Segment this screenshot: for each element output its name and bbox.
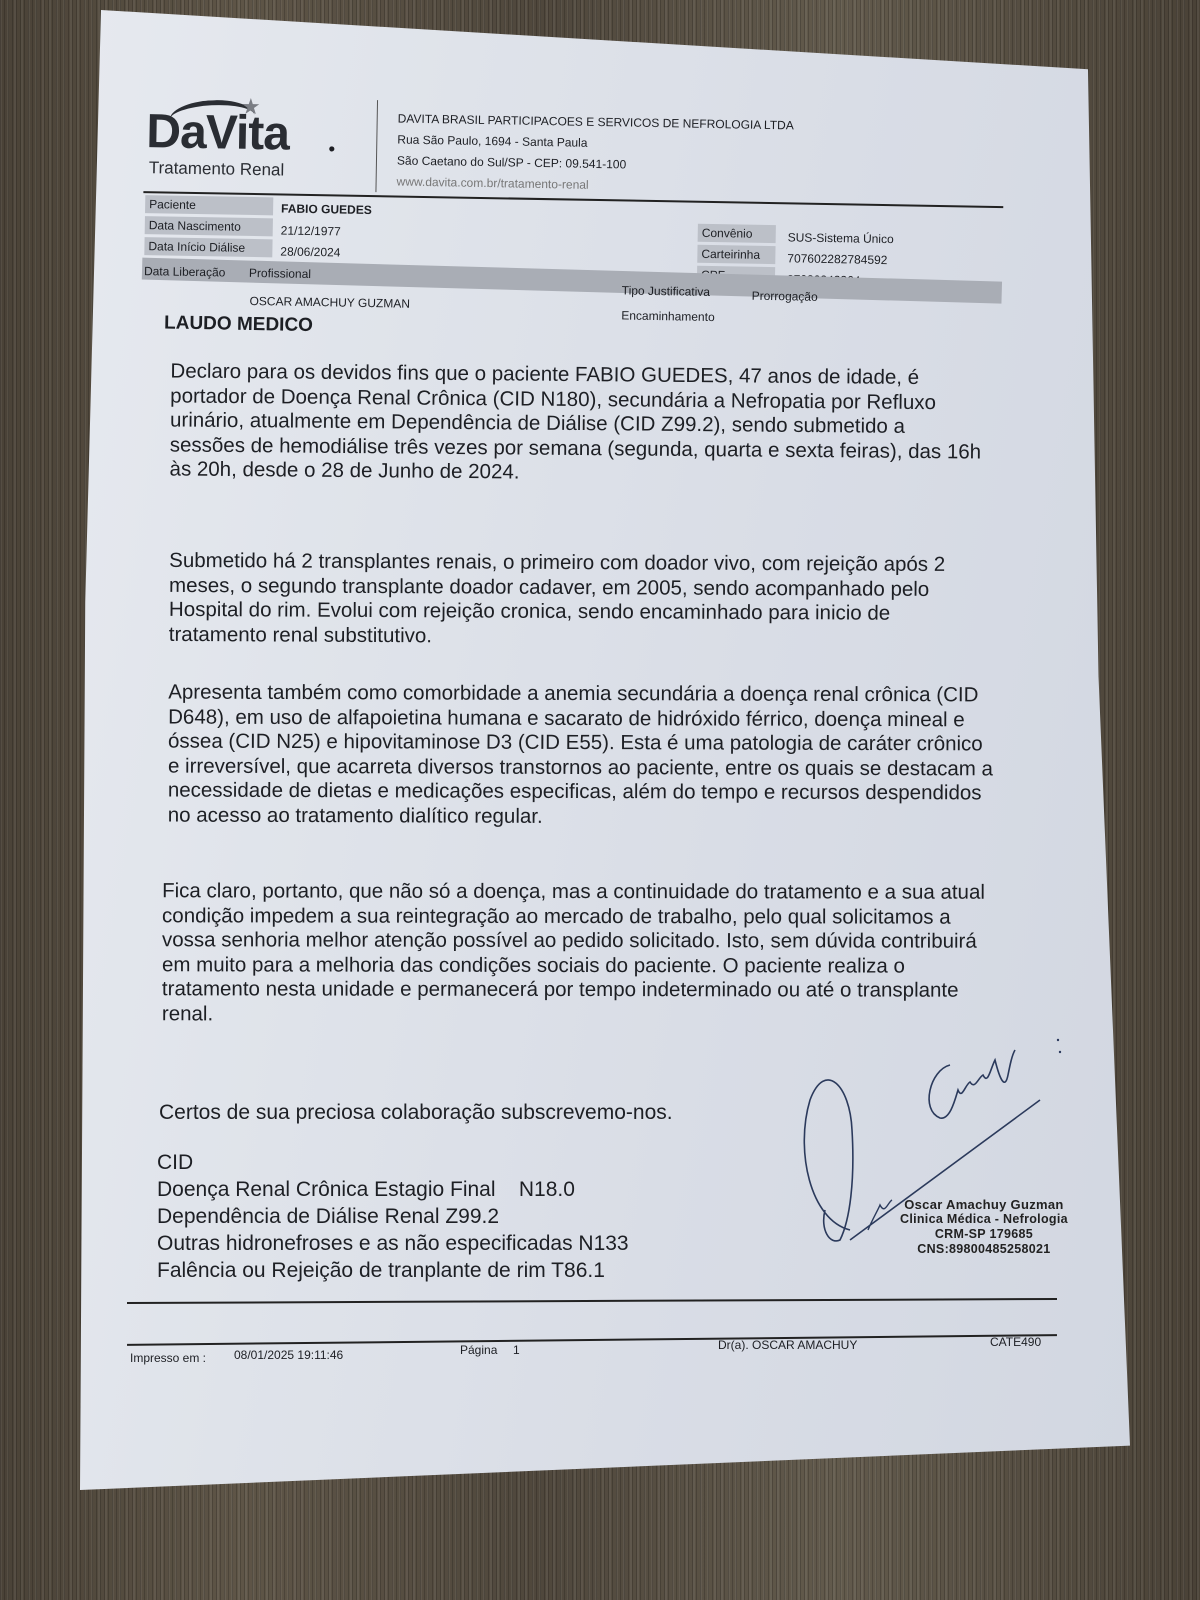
stamp-name: Oscar Amachuy Guzman [900,1197,1068,1212]
label-patient: Paciente [145,195,273,215]
stamp-cns: CNS:89800485258021 [900,1242,1068,1257]
value-card: 707602282784592 [787,251,887,267]
cid-item: Dependência de Diálise Renal Z99.2 [157,1203,629,1230]
paragraph-transplants: Submetido há 2 transplantes renais, o pr… [169,549,970,651]
value-dialysis-start: 28/06/2024 [280,244,340,259]
cid-item: Falência ou Rejeição de tranplante de ri… [157,1257,629,1284]
label-dialysis-start: Data Início Diálise [144,237,272,257]
stamp-crm: CRM-SP 179685 [900,1227,1068,1242]
printed-at: 08/01/2025 19:11:46 [234,1348,343,1362]
label-birth-date: Data Nascimento [145,216,273,236]
logo-tagline: Tratamento Renal [149,158,285,180]
paragraph-conclusion: Fica claro, portanto, que não só a doenç… [162,879,1007,1027]
cid-section: CID Doença Renal Crônica Estagio Final N… [157,1149,629,1284]
value-insurance: SUS-Sistema Único [788,230,894,246]
company-info: DAVITA BRASIL PARTICIPACOES E SERVICOS D… [396,109,794,200]
label-card: Carteirinha [697,245,775,264]
page-title: LAUDO MEDICO [164,312,313,337]
page-label: Página [460,1343,497,1357]
value-justification-type: Prorrogação [752,289,818,304]
medical-report-document: ★ DaVita ● Tratamento Renal DAVITA BRASI… [0,0,1200,1600]
label-referral: Encaminhamento [621,308,715,324]
footer-code: CATE490 [990,1335,1041,1349]
value-professional: OSCAR AMACHUY GUZMAN [249,294,410,311]
page-number: 1 [513,1343,520,1357]
cid-item: Doença Renal Crônica Estagio Final N18.0 [157,1176,629,1203]
closing-text: Certos de sua preciosa colaboração subsc… [159,1101,673,1125]
body-end-rule [127,1298,1057,1304]
paragraph-comorbidities: Apresenta também como comorbidade a anem… [168,681,999,831]
value-birth-date: 21/12/1977 [281,223,341,238]
cid-heading: CID [157,1149,629,1176]
header-divider [375,100,378,192]
label-release-date: Data Liberação [144,264,226,279]
label-professional: Profissional [249,266,311,281]
footer-doctor: Dr(a). OSCAR AMACHUY [718,1338,857,1352]
logo-brand: DaVita [146,104,289,161]
value-patient: FABIO GUEDES [281,201,372,217]
cid-item: Outras hidronefroses e as não especifica… [157,1230,629,1257]
label-justification-type: Tipo Justificativa [622,283,710,299]
document-header: ★ DaVita ● Tratamento Renal DAVITA BRASI… [2,0,1200,19]
footer-rule [127,1334,1057,1345]
paragraph-declaration: Declaro para os devidos fins que o pacie… [169,359,985,489]
doctor-stamp: Oscar Amachuy Guzman Clinica Médica - Ne… [900,1197,1068,1257]
printed-label: Impresso em : [130,1351,206,1365]
label-insurance: Convênio [698,224,776,243]
stamp-specialty: Clinica Médica - Nefrologia [900,1212,1068,1227]
registered-dot-icon: ● [328,141,335,155]
